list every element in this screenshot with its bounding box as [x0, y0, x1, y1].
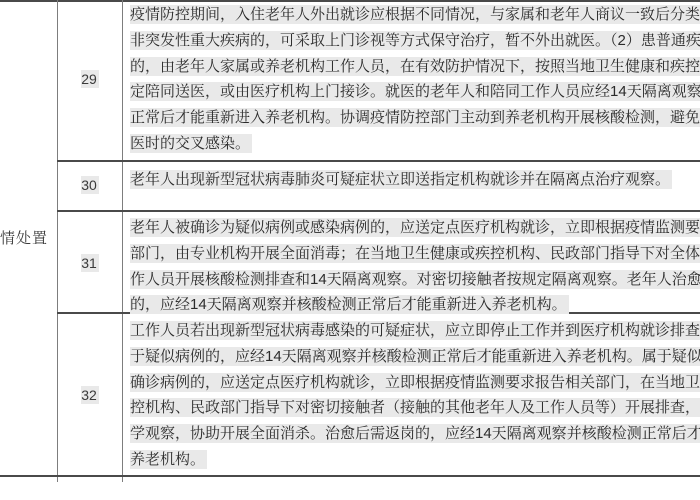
row-32-line-3: 确诊病例的，应送定点医疗机构就诊，立即根据疫情监测要求报告相关部门，在当地卫	[130, 370, 700, 396]
row-31-line-2: 部门，由专业机构开展全面消毒；在当地卫生健康或疾控机构、民政部门指导下对全体	[130, 241, 700, 267]
row-divider-30-31	[57, 210, 700, 212]
row-31-line-1: 老年人被确诊为疑似病例或感染病例的，应送定点医疗机构就诊，立即根据疫情监测要	[130, 215, 700, 241]
row-32-line-2: 于疑似病例的，应经14天隔离观察并核酸检测正常后才能重新进入养老机构。属于疑似	[130, 344, 700, 370]
row-29-line-4: 定陪同送医，或由医疗机构上门接诊。就医的老年人和陪同工作人员应经14天隔离观察	[130, 79, 700, 105]
row-number-29: 29	[58, 71, 122, 87]
row-29-line-2: 非突发性重大疾病的，可采取上门诊视等方式保守治疗，暂不外出就医。（2）患普通疾	[130, 28, 700, 54]
row-29-line-1: 疫情防控期间，入住老年人外出就诊应根据不同情况，与家属和老年人商议一致后分类	[130, 2, 700, 28]
row-32-line-5: 学观察，协助开展全面消杀。治愈后需返岗的，应经14天隔离观察并核酸检测正常后才	[130, 421, 700, 447]
table-bottom-border	[0, 475, 700, 477]
table-row-31-content: 老年人被确诊为疑似病例或感染病例的，应送定点医疗机构就诊，立即根据疫情监测要 部…	[130, 215, 700, 318]
row-divider-29-30	[57, 160, 700, 162]
row-number-30: 30	[58, 177, 122, 193]
row-29-line-5: 正常后才能重新进入养老机构。协调疫情防控部门主动到养老机构开展核酸检测，避免	[130, 105, 700, 131]
table-row-29-content: 疫情防控期间，入住老年人外出就诊应根据不同情况，与家属和老年人商议一致后分类 非…	[130, 2, 700, 157]
row-31-line-4: 的，应经14天隔离观察并核酸检测正常后才能重新进入养老机构。	[130, 292, 700, 318]
row-30-line-1: 老年人出现新型冠状病毒肺炎可疑症状立即送指定机构就诊并在隔离点治疗观察。	[130, 167, 700, 193]
category-label: 疫情处置	[0, 227, 48, 248]
row-31-line-3: 作人员开展核酸检测排查和14天隔离观察。对密切接触者按规定隔离观察。老年人治愈	[130, 267, 700, 293]
row-32-line-4: 控机构、民政部门指导下对密切接触者（接触的其他老年人及工作人员等）开展排查，	[130, 395, 700, 421]
row-29-line-6: 医时的交叉感染。	[130, 131, 700, 157]
row-number-31: 31	[58, 255, 122, 271]
row-number-32: 32	[58, 387, 122, 403]
content-column-left-border	[122, 0, 123, 482]
row-29-line-3: 的，由老年人家属或养老机构工作人员，在有效防护情况下，按照当地卫生健康和疾控	[130, 54, 700, 80]
table-row-30-content: 老年人出现新型冠状病毒肺炎可疑症状立即送指定机构就诊并在隔离点治疗观察。	[130, 167, 700, 193]
table-row-32-content: 工作人员若出现新型冠状病毒感染的可疑症状，应立即停止工作并到医疗机构就诊排查 于…	[130, 318, 700, 473]
row-32-line-1: 工作人员若出现新型冠状病毒感染的可疑症状，应立即停止工作并到医疗机构就诊排查	[130, 318, 700, 344]
row-32-line-6: 养老机构。	[130, 447, 700, 473]
scanned-document-table: 疫情处置 29 30 31 32 疫情防控期间，入住老年人外出就诊应根据不同情况…	[0, 0, 700, 500]
